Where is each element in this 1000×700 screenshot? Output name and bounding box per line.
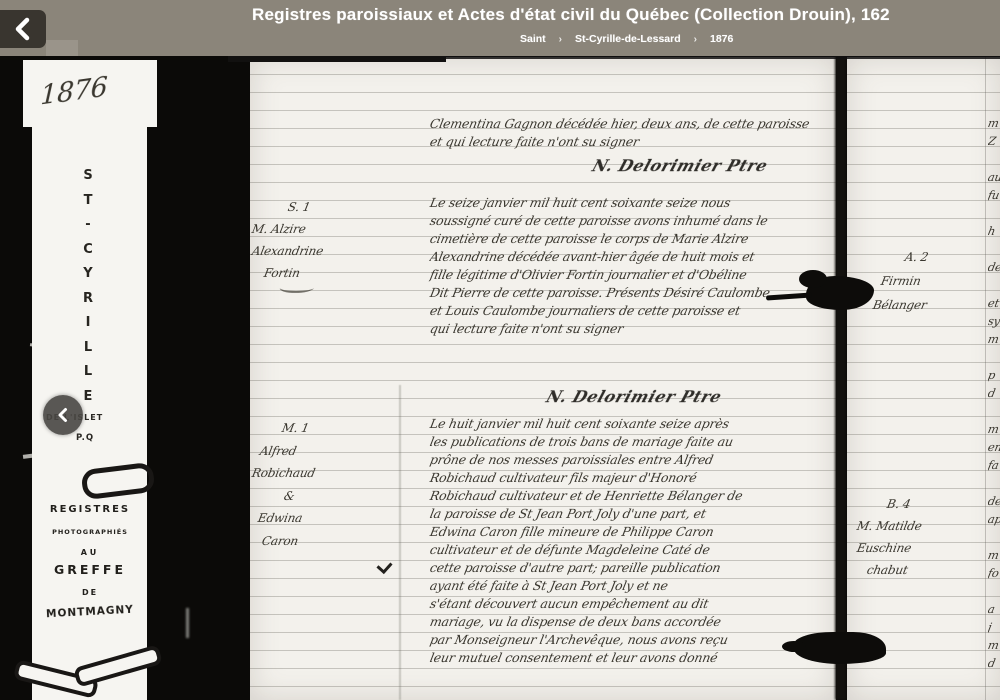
record-line: Robichaud cultivateur fils majeur d'Hono…	[428, 469, 829, 487]
record-line: Le seize janvier mil huit cent soixante …	[428, 194, 829, 212]
ink-blot	[794, 632, 886, 664]
stamp-line: REGISTRES	[50, 504, 130, 515]
record-line: et Louis Caulombe journaliers de cette p…	[428, 302, 829, 320]
margin-note-line: M. Matilde	[855, 515, 979, 537]
record-line-fragment	[988, 672, 1000, 690]
stamp-line: GREFFE	[54, 562, 126, 577]
margin-note-line: chabut	[855, 559, 979, 581]
margin-note-line: Alexandrine	[250, 240, 366, 262]
margin-note-m1: M. 1AlfredRobichaud&EdwinaCaron	[252, 417, 364, 552]
margin-note-line: Bélanger	[871, 293, 994, 317]
record-line-fragment: fo	[988, 564, 1000, 582]
margin-note-line: Firmin	[871, 269, 994, 293]
record-line-fragment	[988, 150, 1000, 168]
page-top-shadow	[446, 56, 1000, 59]
record-line-fragment	[988, 276, 1000, 294]
margin-note-a2: A. 2FirminBélanger	[873, 245, 991, 317]
record-line-fragment	[988, 528, 1000, 546]
previous-image-button[interactable]	[43, 395, 83, 435]
spine-letter: C	[83, 238, 93, 263]
spine-letter: R	[83, 287, 93, 312]
record-viewer-window: Registres paroissiaux et Actes d'état ci…	[0, 0, 1000, 700]
record-line: cimetière de cette paroisse le corps de …	[428, 230, 829, 248]
act-text-m1: Le huit janvier mil huit cent soixante s…	[430, 415, 828, 667]
clipped-text-column: mZ aufu h de etsym pd menfa deap mfo ajm…	[988, 114, 1000, 690]
record-line-fragment: m	[988, 420, 1000, 438]
margin-note-s1: S. 1M. AlzireAlexandrineFortin	[252, 196, 364, 284]
film-scratch	[186, 608, 189, 638]
header-bar: Registres paroissiaux et Actes d'état ci…	[0, 0, 1000, 56]
stamp-line: DE	[82, 588, 98, 597]
record-line: mariage, vu la dispense de deux bans acc…	[428, 613, 829, 631]
back-button[interactable]	[0, 10, 46, 48]
spine-letter: I	[86, 311, 91, 336]
record-line-fragment: de	[988, 492, 1000, 510]
record-line-fragment: ap	[988, 510, 1000, 528]
record-line-fragment: m	[988, 636, 1000, 654]
ink-blot	[799, 270, 827, 288]
margin-note-line: B. 4	[855, 493, 979, 515]
record-line-fragment: et	[988, 294, 1000, 312]
spine-letter: E	[84, 385, 93, 410]
record-line: Robichaud cultivateur et de Henriette Bé…	[428, 487, 829, 505]
register-left-page: S. 1M. AlzireAlexandrineFortin Clementin…	[250, 57, 836, 700]
record-line-fragment: h	[988, 222, 1000, 240]
stamp-line: PHOTOGRAPHIÉS	[52, 528, 128, 536]
stamp-line: MONTMAGNY	[46, 604, 134, 621]
record-line: fille légitime d'Olivier Fortin journali…	[428, 266, 829, 284]
margin-note-line: S. 1	[250, 196, 366, 218]
margin-note-line: A. 2	[871, 245, 994, 269]
record-line: et qui lecture faite n'ont su signer	[428, 133, 829, 151]
priest-signature: N. Delorimier Ptre	[544, 387, 724, 406]
margin-note-line: Euschine	[855, 537, 979, 559]
margin-note-line: Alfred	[250, 440, 366, 463]
margin-note-line: Edwina	[250, 507, 366, 530]
record-line-fragment: d	[988, 654, 1000, 672]
record-line: cette paroisse d'autre part; pareille pu…	[428, 559, 829, 577]
spine-letter: T	[84, 189, 93, 214]
margin-note-line: Robichaud	[250, 462, 366, 485]
breadcrumb-separator: ›	[559, 34, 562, 45]
record-line: qui lecture faite n'ont su signer	[428, 320, 829, 338]
record-line-fragment	[988, 204, 1000, 222]
margin-note-line: Fortin	[250, 262, 366, 284]
breadcrumb: Saint › St-Cyrille-de-Lessard › 1876	[520, 33, 733, 45]
record-line: leur mutuel consentement et leur avons d…	[428, 649, 829, 667]
spine-province: P.Q	[76, 433, 94, 443]
record-line: cultivateur et de défunte Magdeleine Cat…	[428, 541, 829, 559]
margin-note-line: &	[250, 485, 366, 508]
record-line: Edwina Caron fille mineure de Philippe C…	[428, 523, 829, 541]
act-text-intro: Clementina Gagnon décédée hier, deux ans…	[430, 115, 828, 151]
ink-flourish	[278, 283, 316, 293]
record-line: par Monseigneur l'Archevêque, nous avons…	[428, 631, 829, 649]
record-line-fragment: p	[988, 366, 1000, 384]
breadcrumb-item-year[interactable]: 1876	[710, 33, 733, 45]
record-line-fragment: m	[988, 330, 1000, 348]
spine-letter: L	[84, 336, 92, 361]
priest-signature: N. Delorimier Ptre	[590, 156, 770, 175]
record-line: les publications de trois bans de mariag…	[428, 433, 829, 451]
ink-tick-mark	[376, 558, 392, 574]
record-line-fragment	[988, 582, 1000, 600]
breadcrumb-item-parish[interactable]: St-Cyrille-de-Lessard	[575, 33, 681, 45]
margin-rule-line	[985, 57, 986, 700]
record-line-fragment: a	[988, 600, 1000, 618]
page-top-shadow	[228, 56, 446, 62]
document-canvas[interactable]: 1876 ST-CYRILLE DE L'ISLET P.Q REGISTRES…	[0, 56, 1000, 700]
spine-letter: Y	[83, 262, 92, 287]
act-text-s1: Le seize janvier mil huit cent soixante …	[430, 194, 828, 338]
record-line: s'étant découvert aucun empêchement au d…	[428, 595, 829, 613]
margin-note-line: M. Alzire	[250, 218, 366, 240]
record-line-fragment: m	[988, 114, 1000, 132]
record-line-fragment: en	[988, 438, 1000, 456]
record-line-fragment: j	[988, 618, 1000, 636]
record-line: Alexandrine décédée avant-hier âgée de h…	[428, 248, 829, 266]
record-line: Le huit janvier mil huit cent soixante s…	[428, 415, 829, 433]
record-line: soussigné curé de cette paroisse avons i…	[428, 212, 829, 230]
record-line: la paroisse de St Jean Port Joly d'une p…	[428, 505, 829, 523]
record-line-fragment: fa	[988, 456, 1000, 474]
book-binding-shadow	[835, 56, 846, 700]
record-line-fragment: sy	[988, 312, 1000, 330]
spine-letter: S	[83, 164, 92, 189]
record-line-fragment: fu	[988, 186, 1000, 204]
ink-blot	[782, 641, 806, 652]
breadcrumb-item-place[interactable]: Saint	[520, 33, 546, 45]
record-line: prône de nos messes paroissiales entre A…	[428, 451, 829, 469]
spine-letter: L	[84, 360, 92, 385]
chevron-left-icon	[10, 16, 36, 42]
record-line-fragment	[988, 474, 1000, 492]
margin-note-b4: B. 4M. MatildeEuschinechabut	[857, 493, 977, 581]
record-line: Clementina Gagnon décédée hier, deux ans…	[428, 115, 829, 133]
record-line-fragment: au	[988, 168, 1000, 186]
breadcrumb-separator: ›	[694, 34, 697, 45]
stamp-line: AU	[81, 548, 99, 557]
page-title: Registres paroissiaux et Actes d'état ci…	[252, 5, 890, 25]
page-crease	[399, 385, 401, 700]
record-line-fragment: m	[988, 546, 1000, 564]
header-shade	[46, 40, 78, 56]
record-line-fragment	[988, 240, 1000, 258]
record-line-fragment: Z	[988, 132, 1000, 150]
register-right-page: A. 2FirminBélanger B. 4M. MatildeEuschin…	[847, 57, 1000, 700]
record-line: ayant été faite à St Jean Port Joly et n…	[428, 577, 829, 595]
chevron-left-icon	[55, 407, 71, 423]
spine-letter: -	[85, 213, 90, 238]
margin-note-line: M. 1	[250, 417, 366, 440]
greffe-stamp: REGISTRESPHOTOGRAPHIÉSAUGREFFEDEMONTMAGN…	[34, 504, 146, 618]
margin-note-line: Caron	[250, 530, 366, 553]
record-line-fragment: d	[988, 384, 1000, 402]
record-line-fragment: de	[988, 258, 1000, 276]
record-line-fragment	[988, 402, 1000, 420]
record-line-fragment	[988, 348, 1000, 366]
spine-vertical-letters: ST-CYRILLE	[70, 164, 106, 409]
